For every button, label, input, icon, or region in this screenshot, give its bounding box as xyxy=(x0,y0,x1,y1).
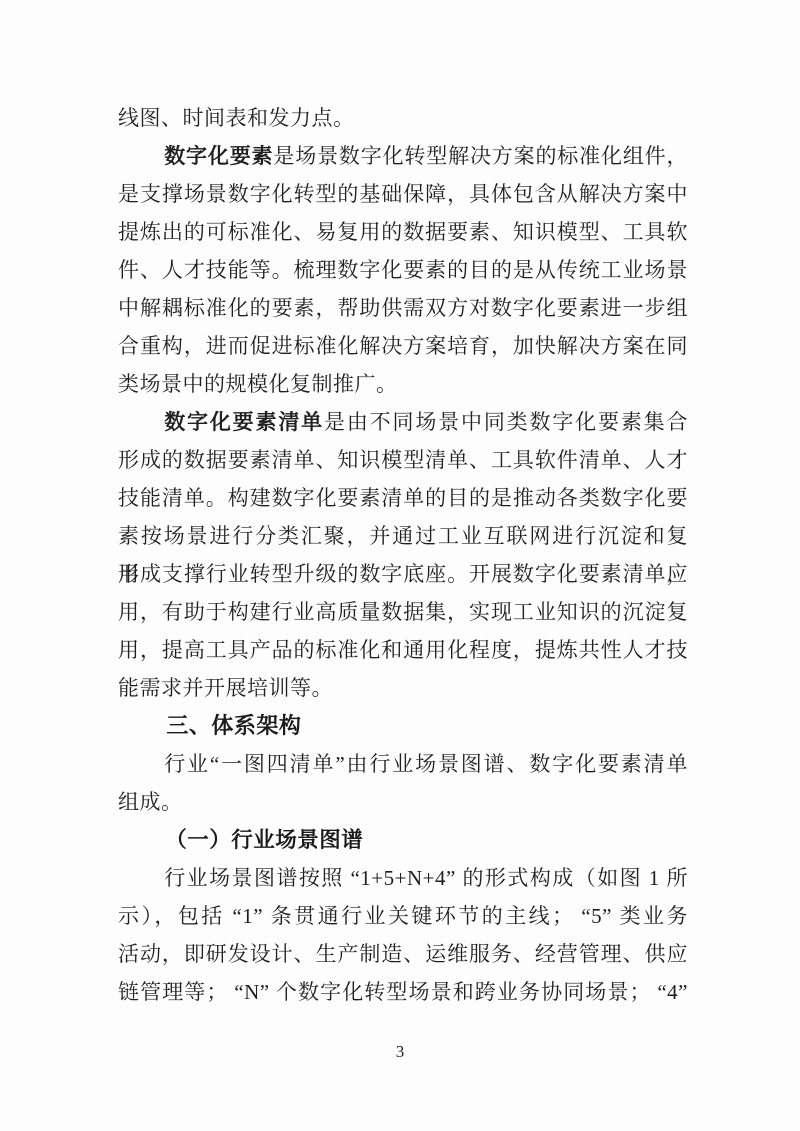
paragraph-line: 提炼出的可标准化、易复用的数据要素、知识模型、工具软 xyxy=(118,213,688,251)
subsection-heading: （一）行业场景图谱 xyxy=(118,821,688,859)
paragraph-line: 链管理等； “N” 个数字化转型场景和跨业务协同场景； “4” xyxy=(118,973,688,1011)
page-number: 3 xyxy=(0,1042,800,1062)
body-text: 形成的数据要素清单、知识模型清单、工具软件清单、人才 xyxy=(118,448,688,472)
paragraph-end-line: 线图、时间表和发力点。 xyxy=(118,99,688,137)
body-text: 件、人才技能等。梳理数字化要素的目的是从传统工业场景 xyxy=(118,258,688,282)
paragraph-start-line: 数字化要素清单是由不同场景中同类数字化要素集合 xyxy=(118,403,688,441)
document-body: 线图、时间表和发力点。 数字化要素是场景数字化转型解决方案的标准化组件， 是支撑… xyxy=(118,99,688,1011)
bold-term: 数字化要素清单 xyxy=(164,410,324,434)
body-text: 中解耦标准化的要素，帮助供需双方对数字化要素进一步组 xyxy=(118,296,688,320)
body-text: 活动，即研发设计、生产制造、运维服务、经营管理、供应 xyxy=(118,942,688,966)
document-page: 线图、时间表和发力点。 数字化要素是场景数字化转型解决方案的标准化组件， 是支撑… xyxy=(0,0,800,1131)
paragraph-line: 中解耦标准化的要素，帮助供需双方对数字化要素进一步组 xyxy=(118,289,688,327)
body-text: 技能清单。构建数字化要素清单的目的是推动各类数字化要 xyxy=(118,486,688,510)
paragraph-start-line: 行业场景图谱按照 “1+5+N+4” 的形式构成（如图 1 所 xyxy=(118,859,688,897)
body-text: 是场景数字化转型解决方案的标准化组件， xyxy=(273,144,688,168)
paragraph-end-line: 类场景中的规模化复制推广。 xyxy=(118,365,688,403)
body-text: 用，提高工具产品的标准化和通用化程度，提炼共性人才技 xyxy=(118,638,688,662)
paragraph-end-line: 能需求并开展培训等。 xyxy=(118,669,688,707)
body-text: 用，有助于构建行业高质量数据集，实现工业知识的沉淀复 xyxy=(118,600,688,624)
paragraph-line: 件、人才技能等。梳理数字化要素的目的是从传统工业场景 xyxy=(118,251,688,289)
section-heading: 三、体系架构 xyxy=(118,707,688,745)
paragraph-line: 合重构，进而促进标准化解决方案培育，加快解决方案在同 xyxy=(118,327,688,365)
paragraph-line: 是支撑场景数字化转型的基础保障，具体包含从解决方案中 xyxy=(118,175,688,213)
paragraph-line: 形成支撑行业转型升级的数字底座。开展数字化要素清单应 xyxy=(118,555,688,593)
body-text: 形成支撑行业转型升级的数字底座。开展数字化要素清单应 xyxy=(118,562,688,586)
paragraph-line: 示），包括 “1” 条贯通行业关键环节的主线； “5” 类业务 xyxy=(118,897,688,935)
body-text: 是支撑场景数字化转型的基础保障，具体包含从解决方案中 xyxy=(118,182,688,206)
paragraph-line: 形成的数据要素清单、知识模型清单、工具软件清单、人才 xyxy=(118,441,688,479)
body-text: 提炼出的可标准化、易复用的数据要素、知识模型、工具软 xyxy=(118,220,688,244)
paragraph-line: 用，有助于构建行业高质量数据集，实现工业知识的沉淀复 xyxy=(118,593,688,631)
body-text: 是由不同场景中同类数字化要素集合 xyxy=(324,410,688,434)
bold-term: 数字化要素 xyxy=(164,144,273,168)
paragraph-line: 用，提高工具产品的标准化和通用化程度，提炼共性人才技 xyxy=(118,631,688,669)
paragraph-line: 活动，即研发设计、生产制造、运维服务、经营管理、供应 xyxy=(118,935,688,973)
paragraph-line: 素按场景进行分类汇聚，并通过工业互联网进行沉淀和复用， xyxy=(118,517,688,555)
body-text: 类场景中的规模化复制推广。 xyxy=(118,372,398,396)
body-text: 行业场景图谱按照 “1+5+N+4” 的形式构成（如图 1 所 xyxy=(164,866,688,890)
body-text: 链管理等； “N” 个数字化转型场景和跨业务协同场景； “4” xyxy=(118,980,688,1004)
body-text: 组成。 xyxy=(118,790,183,814)
body-text: 示），包括 “1” 条贯通行业关键环节的主线； “5” 类业务 xyxy=(118,904,688,928)
body-text: 行业“一图四清单”由行业场景图谱、数字化要素清单 xyxy=(164,752,688,776)
body-text: 能需求并开展培训等。 xyxy=(118,676,333,700)
subsection-heading-text: （一）行业场景图谱 xyxy=(165,828,363,852)
paragraph-end-line: 组成。 xyxy=(118,783,688,821)
section-heading-text: 三、体系架构 xyxy=(166,713,301,738)
paragraph-start-line: 数字化要素是场景数字化转型解决方案的标准化组件， xyxy=(118,137,688,175)
paragraph-start-line: 行业“一图四清单”由行业场景图谱、数字化要素清单 xyxy=(118,745,688,783)
body-text: 线图、时间表和发力点。 xyxy=(118,106,355,130)
paragraph-line: 技能清单。构建数字化要素清单的目的是推动各类数字化要 xyxy=(118,479,688,517)
body-text: 合重构，进而促进标准化解决方案培育，加快解决方案在同 xyxy=(118,334,688,358)
